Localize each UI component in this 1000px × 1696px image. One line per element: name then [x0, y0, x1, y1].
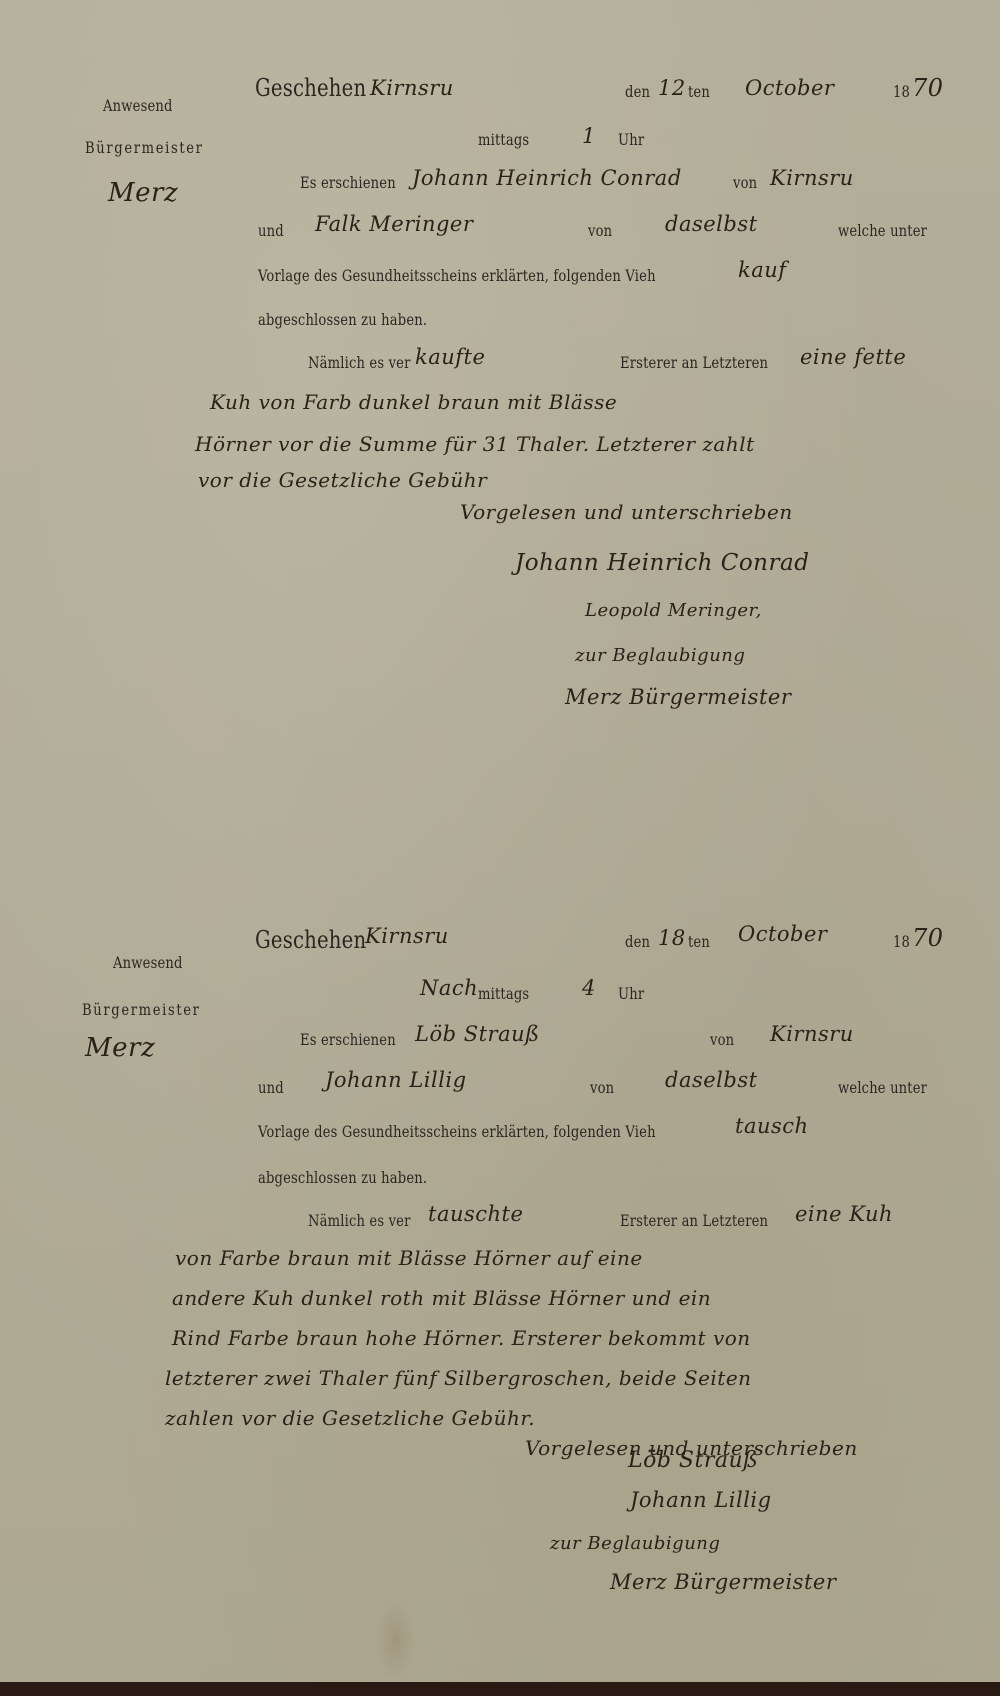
body-line-2: andere Kuh dunkel roth mit Blässe Hörner…: [172, 1286, 711, 1310]
year-printed: 18: [893, 82, 910, 101]
mittags-label: mittags: [478, 984, 529, 1003]
document-page: Anwesend Bürgermeister Merz Geschehen Ki…: [0, 0, 1000, 1682]
von-label-2: von: [588, 221, 612, 240]
attestation-label: zur Beglaubigung: [575, 645, 745, 666]
time-prefix: Nach: [420, 976, 478, 1000]
party1-place: Kirnsru: [770, 166, 854, 190]
mayor-label: Bürgermeister: [85, 138, 204, 157]
body-line-3: vor die Gesetzliche Gebühr: [198, 468, 487, 492]
happened-label: Geschehen: [255, 74, 366, 102]
present-label: Anwesend: [113, 953, 183, 972]
paper-stain: [375, 1600, 415, 1680]
uhr-label: Uhr: [618, 984, 644, 1003]
mayor-signature: Merz Bürgermeister: [565, 685, 791, 709]
signature-1: Löb Strauß: [628, 1448, 758, 1473]
day: 12: [658, 76, 686, 100]
body-line-5: zahlen vor die Gesetzliche Gebühr.: [165, 1406, 535, 1430]
body-line-2: Hörner vor die Summe für 31 Thaler. Letz…: [195, 432, 755, 456]
party1-name: Löb Strauß: [415, 1022, 540, 1046]
party2-place: daselbst: [665, 212, 758, 236]
year-printed: 18: [893, 932, 910, 951]
body-line-4: letzterer zwei Thaler fünf Silbergrosche…: [165, 1366, 752, 1390]
trade-type: tausch: [735, 1114, 809, 1138]
namely-start: eine Kuh: [795, 1202, 893, 1226]
mittags-label: mittags: [478, 130, 529, 149]
signature-2: Leopold Meringer,: [585, 600, 762, 621]
ten-label: ten: [688, 932, 710, 951]
und-label: und: [258, 1078, 284, 1097]
namely-start: eine fette: [800, 345, 906, 369]
den-label: den: [625, 82, 650, 101]
mayor-signature: Merz Bürgermeister: [610, 1570, 836, 1594]
place: Kirnsru: [370, 76, 454, 100]
party1-name: Johann Heinrich Conrad: [412, 166, 682, 190]
und-label: und: [258, 221, 284, 240]
health-text: Vorlage des Gesundheitsscheins erklärten…: [258, 266, 656, 285]
year-hand: 70: [912, 924, 944, 952]
von-label-1: von: [733, 173, 757, 192]
signature-1: Johann Heinrich Conrad: [515, 550, 809, 576]
health-text: Vorlage des Gesundheitsscheins erklärten…: [258, 1122, 656, 1141]
year-hand: 70: [912, 74, 944, 102]
trade-verb: tauschte: [428, 1202, 523, 1226]
party2-name: Falk Meringer: [315, 212, 473, 236]
attestation-label: zur Beglaubigung: [550, 1533, 720, 1554]
concluded-text: abgeschlossen zu haben.: [258, 1168, 427, 1187]
uhr-label: Uhr: [618, 130, 644, 149]
party2-name: Johann Lillig: [325, 1068, 467, 1092]
welche-label: welche unter: [838, 221, 927, 240]
von-label-2: von: [590, 1078, 614, 1097]
body-line-3: Rind Farbe braun hohe Hörner. Ersterer b…: [172, 1326, 751, 1350]
first-label: Ersterer an Letzteren: [620, 353, 768, 372]
hour: 1: [582, 124, 596, 148]
welche-label: welche unter: [838, 1078, 927, 1097]
hour: 4: [582, 976, 596, 1000]
namely-label: Nämlich es ver: [308, 353, 411, 372]
body-line-1: von Farbe braun mit Blässe Hörner auf ei…: [175, 1246, 643, 1270]
mayor-name-margin: Merz: [108, 178, 178, 208]
namely-label: Nämlich es ver: [308, 1211, 411, 1230]
body-line-1: Kuh von Farb dunkel braun mit Blässe: [210, 390, 617, 414]
day: 18: [658, 926, 686, 950]
den-label: den: [625, 932, 650, 951]
month: October: [745, 76, 834, 100]
happened-label: Geschehen: [255, 926, 366, 954]
place: Kirnsru: [365, 924, 449, 948]
closing-text: Vorgelesen und unterschrieben: [460, 500, 793, 524]
mayor-name-margin: Merz: [85, 1033, 155, 1063]
scan-bottom-edge: [0, 1682, 1000, 1696]
concluded-text: abgeschlossen zu haben.: [258, 310, 427, 329]
trade-type: kauf: [738, 258, 787, 282]
party2-place: daselbst: [665, 1068, 758, 1092]
appeared-label: Es erschienen: [300, 1030, 396, 1049]
party1-place: Kirnsru: [770, 1022, 854, 1046]
first-label: Ersterer an Letzteren: [620, 1211, 768, 1230]
signature-2: Johann Lillig: [630, 1488, 772, 1512]
ten-label: ten: [688, 82, 710, 101]
month: October: [738, 922, 827, 946]
appeared-label: Es erschienen: [300, 173, 396, 192]
von-label-1: von: [710, 1030, 734, 1049]
present-label: Anwesend: [103, 96, 173, 115]
mayor-label: Bürgermeister: [82, 1000, 201, 1019]
trade-verb: kaufte: [415, 345, 485, 369]
